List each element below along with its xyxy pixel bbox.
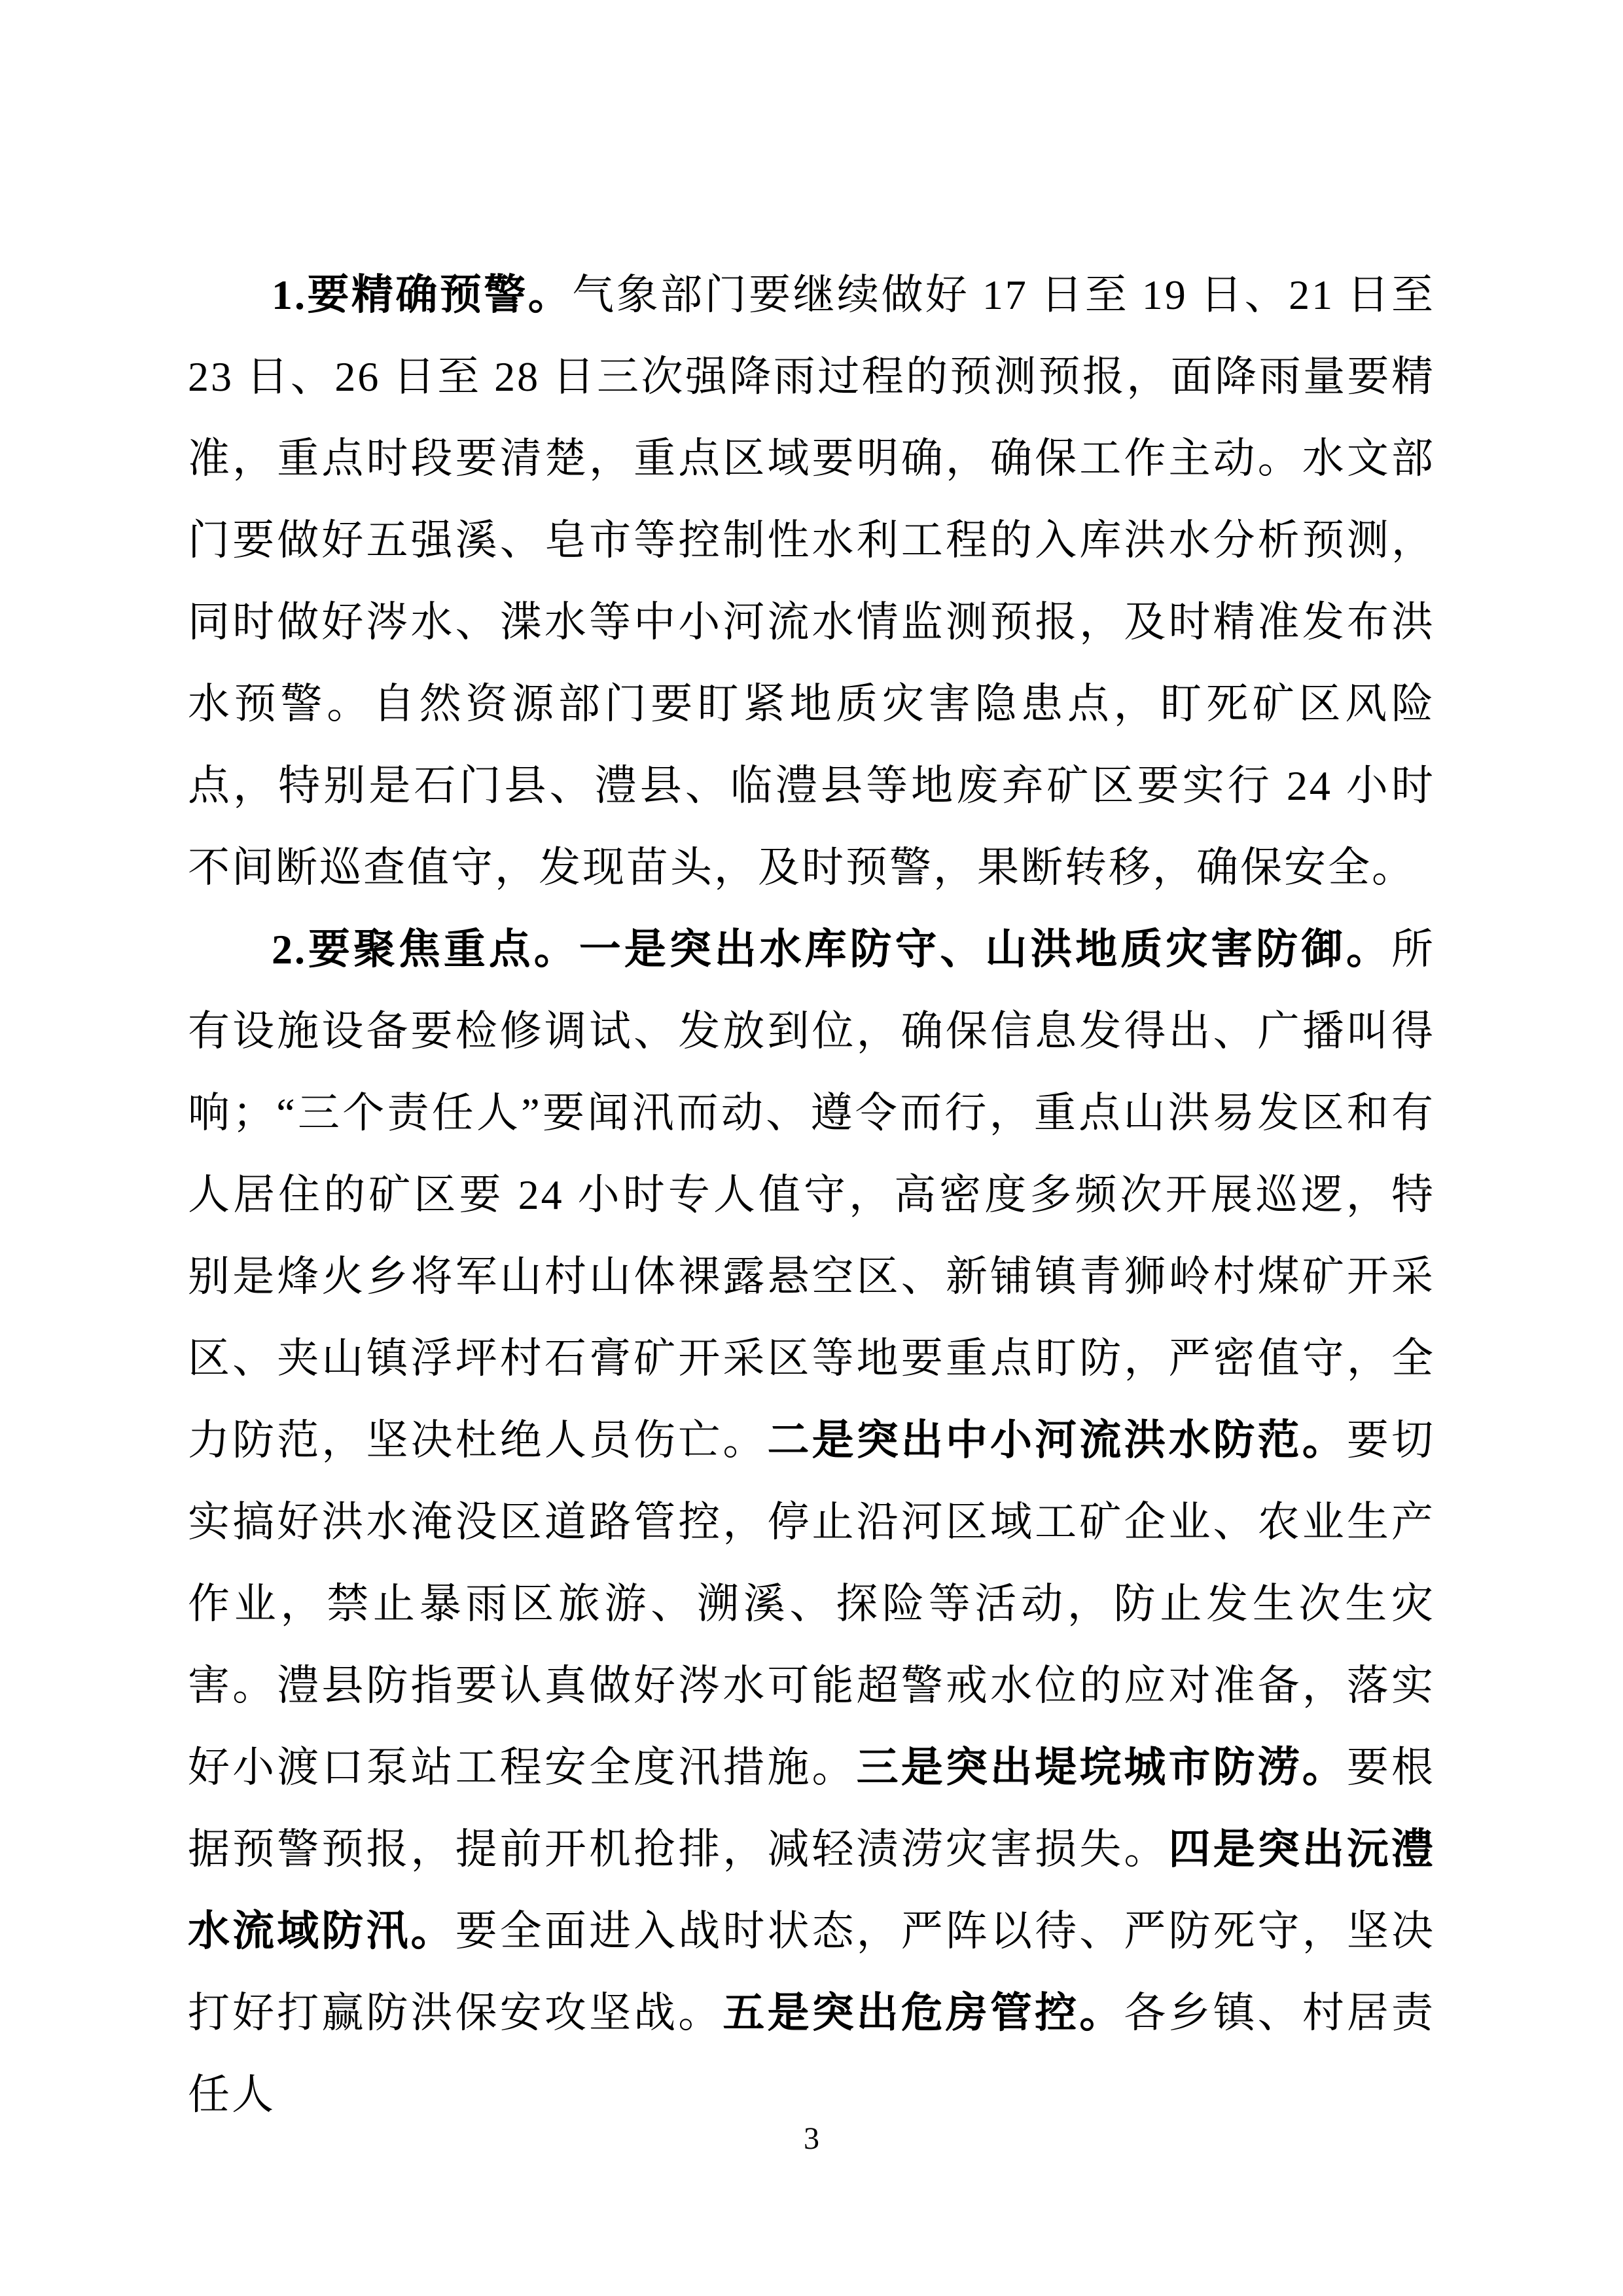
page-number: 3 (804, 2121, 819, 2156)
emphasis-text: 二是突出中小河流洪水防范。 (767, 1417, 1346, 1463)
paragraph: 2.要聚焦重点。一是突出水库防守、山洪地质灾害防御。所有设施设备要检修调试、发放… (188, 908, 1435, 2136)
document-body: 1.要精确预警。气象部门要继续做好 17 日至 19 日、21 日至 23 日、… (188, 254, 1435, 2136)
page-footer: 3 (0, 2119, 1623, 2159)
emphasis-text: 2.要聚焦重点。 (272, 926, 579, 973)
emphasis-text: 五是突出危房管控。 (722, 1990, 1124, 2036)
paragraph: 1.要精确预警。气象部门要继续做好 17 日至 19 日、21 日至 23 日、… (188, 254, 1435, 908)
emphasis-text: 三是突出堤垸城市防涝。 (857, 1744, 1347, 1791)
body-text: 所有设施设备要检修调试、发放到位，确保信息发得出、广播叫得响；“三个责任人”要闻… (188, 926, 1435, 1463)
emphasis-text: 1.要精确预警。 (272, 272, 572, 318)
body-text: 要切实搞好洪水淹没区道路管控，停止沿河区域工矿企业、农业生产作业，禁止暴雨区旅游… (188, 1417, 1435, 1791)
emphasis-text: 一是突出水库防守、山洪地质灾害防御。 (579, 926, 1391, 973)
body-text: 气象部门要继续做好 17 日至 19 日、21 日至 23 日、26 日至 28… (188, 272, 1435, 891)
